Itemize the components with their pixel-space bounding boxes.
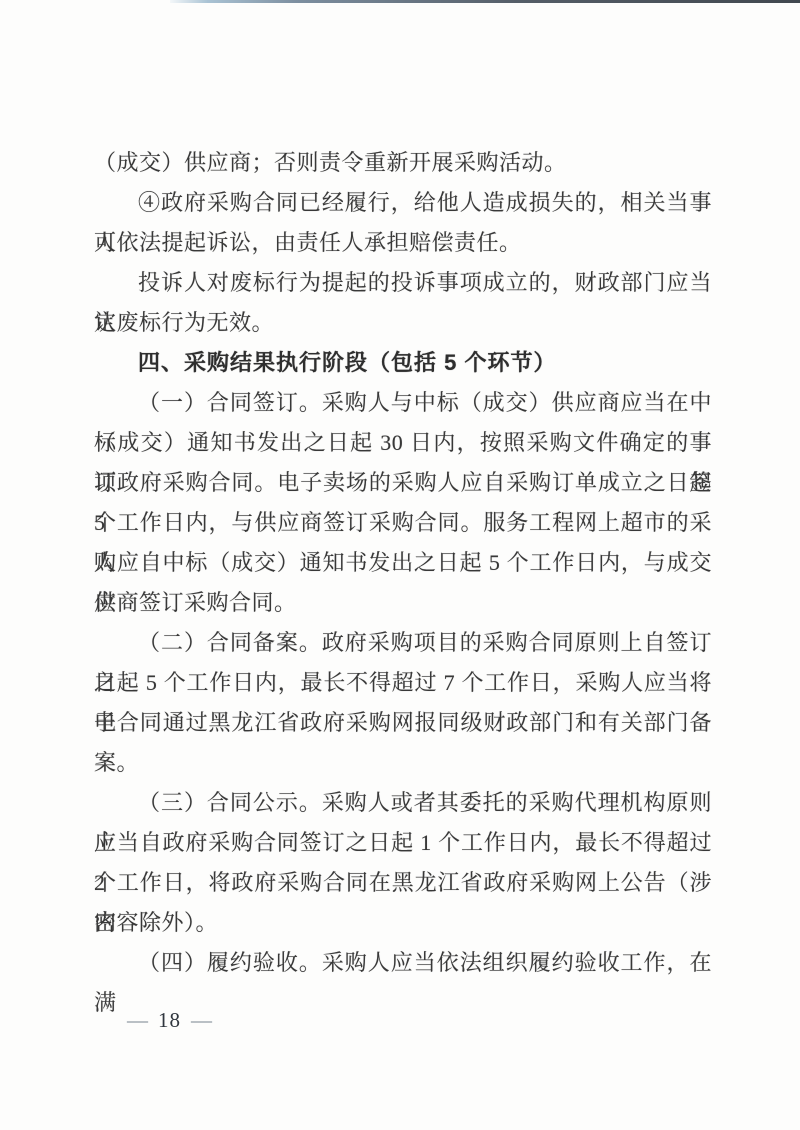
section-heading: 四、采购结果执行阶段（包括 5 个环节） bbox=[94, 343, 712, 383]
text-line: ④政府采购合同已经履行，给他人造成损失的，相关当事人 bbox=[94, 183, 712, 223]
text-line: 人应自中标（成交）通知书发出之日起 5 个工作日内，与成交供 bbox=[94, 543, 712, 583]
text-line: 应商签订采购合同。 bbox=[94, 583, 712, 623]
text-line: 定废标行为无效。 bbox=[94, 303, 712, 343]
document-body: （成交）供应商；否则责令重新开展采购活动。 ④政府采购合同已经履行，给他人造成损… bbox=[94, 143, 712, 983]
text-line: （成交）供应商；否则责令重新开展采购活动。 bbox=[94, 143, 712, 183]
text-line: 案。 bbox=[94, 743, 712, 783]
page-number-dash-right: — bbox=[181, 1008, 222, 1032]
text-line: （二）合同备案。政府采购项目的采购合同原则上自签订之 bbox=[94, 623, 712, 663]
page-number-dash-left: — bbox=[117, 1008, 158, 1032]
text-line: 子合同通过黑龙江省政府采购网报同级财政部门和有关部门备 bbox=[94, 703, 712, 743]
text-line: 日起 5 个工作日内，最长不得超过 7 个工作日，采购人应当将电 bbox=[94, 663, 712, 703]
text-line: 个工作日，将政府采购合同在黑龙江省政府采购网上公告（涉密 bbox=[94, 863, 712, 903]
text-line: （四）履约验收。采购人应当依法组织履约验收工作，在满 bbox=[94, 943, 712, 983]
text-line: 订政府采购合同。电子卖场的采购人应自采购订单成立之日起 5 bbox=[94, 463, 712, 503]
text-line: （三）合同公示。采购人或者其委托的采购代理机构原则上 bbox=[94, 783, 712, 823]
text-line: 应当自政府采购合同签订之日起 1 个工作日内，最长不得超过 2 bbox=[94, 823, 712, 863]
text-line: （成交）通知书发出之日起 30 日内，按照采购文件确定的事项签 bbox=[94, 423, 712, 463]
page-number: —18— bbox=[117, 1004, 222, 1036]
text-line: 可依法提起诉讼，由责任人承担赔偿责任。 bbox=[94, 223, 712, 263]
scanner-edge-artifact bbox=[170, 0, 800, 3]
text-line: 个工作日内，与供应商签订采购合同。服务工程网上超市的采购 bbox=[94, 503, 712, 543]
text-line: 投诉人对废标行为提起的投诉事项成立的，财政部门应当认 bbox=[94, 263, 712, 303]
scanned-document-page: （成交）供应商；否则责令重新开展采购活动。 ④政府采购合同已经履行，给他人造成损… bbox=[0, 0, 800, 1130]
text-line: 内容除外）。 bbox=[94, 903, 712, 943]
text-line: （一）合同签订。采购人与中标（成交）供应商应当在中标 bbox=[94, 383, 712, 423]
page-number-value: 18 bbox=[158, 1008, 181, 1032]
